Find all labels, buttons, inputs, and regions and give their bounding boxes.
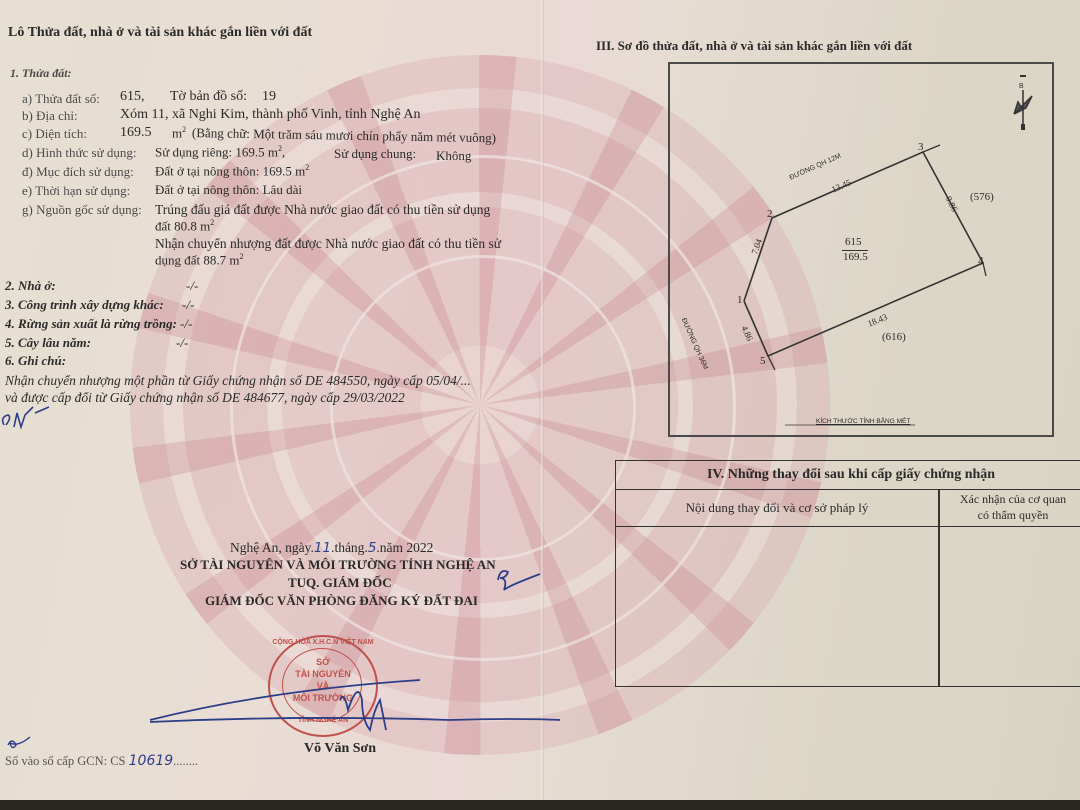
changes-table-header: Nội dung thay đổi và cơ sở pháp lý Xác n… xyxy=(616,489,1080,527)
vertex-2: 2 xyxy=(767,208,773,220)
vertex-5: 5 xyxy=(760,355,766,367)
parcel-number: 615 xyxy=(845,236,862,248)
column-divider xyxy=(938,489,940,686)
certificate-paper: Lô Thửa đất, nhà ở và tài sản khác gắn l… xyxy=(0,0,1080,800)
svg-text:B: B xyxy=(1019,83,1024,90)
changes-table: IV. Những thay đổi sau khi cấp giấy chứn… xyxy=(615,460,1080,687)
scale-note: KÍCH THƯỚC TÍNH BẰNG MÉT xyxy=(816,418,910,425)
col-change-content-header: Nội dung thay đổi và cơ sở pháp lý xyxy=(616,489,938,526)
vertex-1: 1 xyxy=(737,294,743,306)
col-authority-confirmation-header: Xác nhận của cơ quan có thẩm quyền xyxy=(940,491,1080,523)
vertex-3: 3 xyxy=(918,141,924,153)
section4-title: IV. Những thay đổi sau khi cấp giấy chứn… xyxy=(616,461,1080,490)
vertex-4: 4 xyxy=(978,255,984,267)
north-arrow-icon: B xyxy=(1008,74,1038,134)
neighbor-parcel-616: (616) xyxy=(882,331,906,343)
neighbor-parcel-576: (576) xyxy=(970,191,994,203)
parcel-area: 169.5 xyxy=(843,251,868,263)
